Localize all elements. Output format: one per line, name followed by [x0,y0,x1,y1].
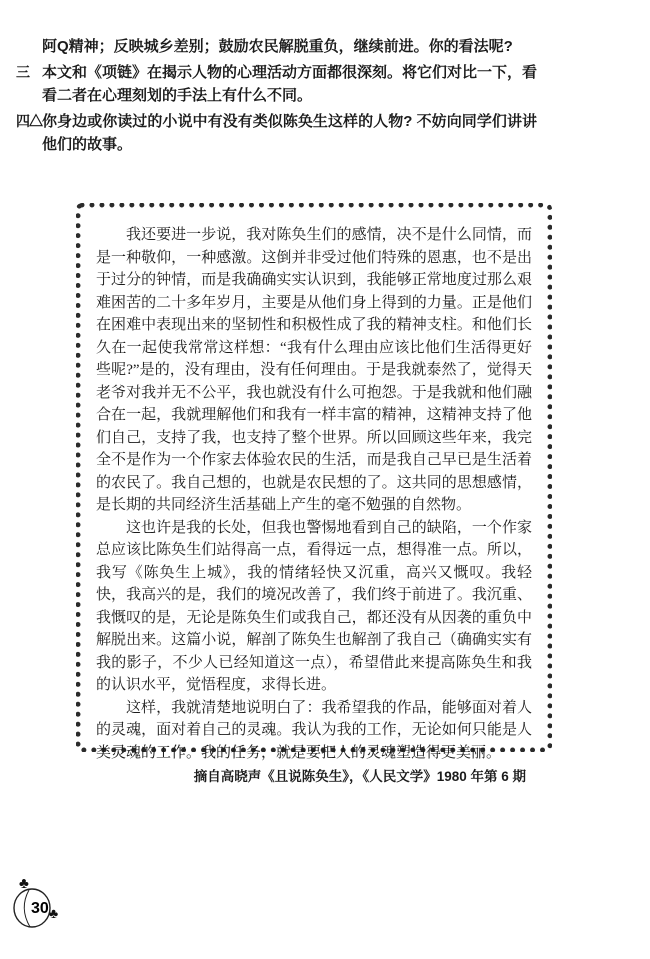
exercise-item-three: 三 本文和《项链》在揭示人物的心理活动方面都很深刻。将它们对比一下，看看二者在心… [16,61,537,107]
exercise-item-four: 四△ 你身边或你读过的小说中有没有类似陈奂生这样的人物? 不妨向同学们讲讲他们的… [16,110,537,156]
quote-paragraph: 这样，我就清楚地说明白了：我希望我的作品，能够面对着人的灵魂，面对着自己的灵魂。… [96,697,532,765]
quote-attribution: 摘自高晓声《且说陈奂生》，《人民文学》1980 年第 6 期 [96,766,532,788]
exercise-marker: 三 [16,61,29,84]
exercise-marker: 四△ [16,110,42,133]
exercise-text: 你身边或你读过的小说中有没有类似陈奂生这样的人物? 不妨向同学们讲讲他们的故事。 [42,113,537,153]
exercise-text: 本文和《项链》在揭示人物的心理活动方面都很深刻。将它们对比一下，看看二者在心理刻… [42,64,537,104]
club-icon: ♣ [19,876,29,892]
quote-paragraph: 这也许是我的长处，但我也警惕地看到自己的缺陷，一个作家总应该比陈奂生们站得高一点… [96,517,532,697]
club-icon: ♣ [49,907,58,922]
page-ornament-graphic: ♣ ♣ 30 [5,870,75,940]
page-number: 30 [31,900,49,917]
quote-paragraph: 我还要进一步说，我对陈奂生们的感情，决不是什么同情，而是一种敬仰，一种感激。这倒… [96,224,532,517]
page-number-ornament: ♣ ♣ 30 [5,870,75,940]
exercise-item-continuation: 阿Q精神；反映城乡差别；鼓励农民解脱重负，继续前进。你的看法呢? [16,35,537,58]
exercises-block: 阿Q精神；反映城乡差别；鼓励农民解脱重负，继续前进。你的看法呢? 三 本文和《项… [16,35,537,159]
quote-box: 我还要进一步说，我对陈奂生们的感情，决不是什么同情，而是一种敬仰，一种感激。这倒… [76,203,552,752]
exercise-text: 阿Q精神；反映城乡差别；鼓励农民解脱重负，继续前进。你的看法呢? [42,38,513,55]
page-circle-detail [24,890,30,927]
